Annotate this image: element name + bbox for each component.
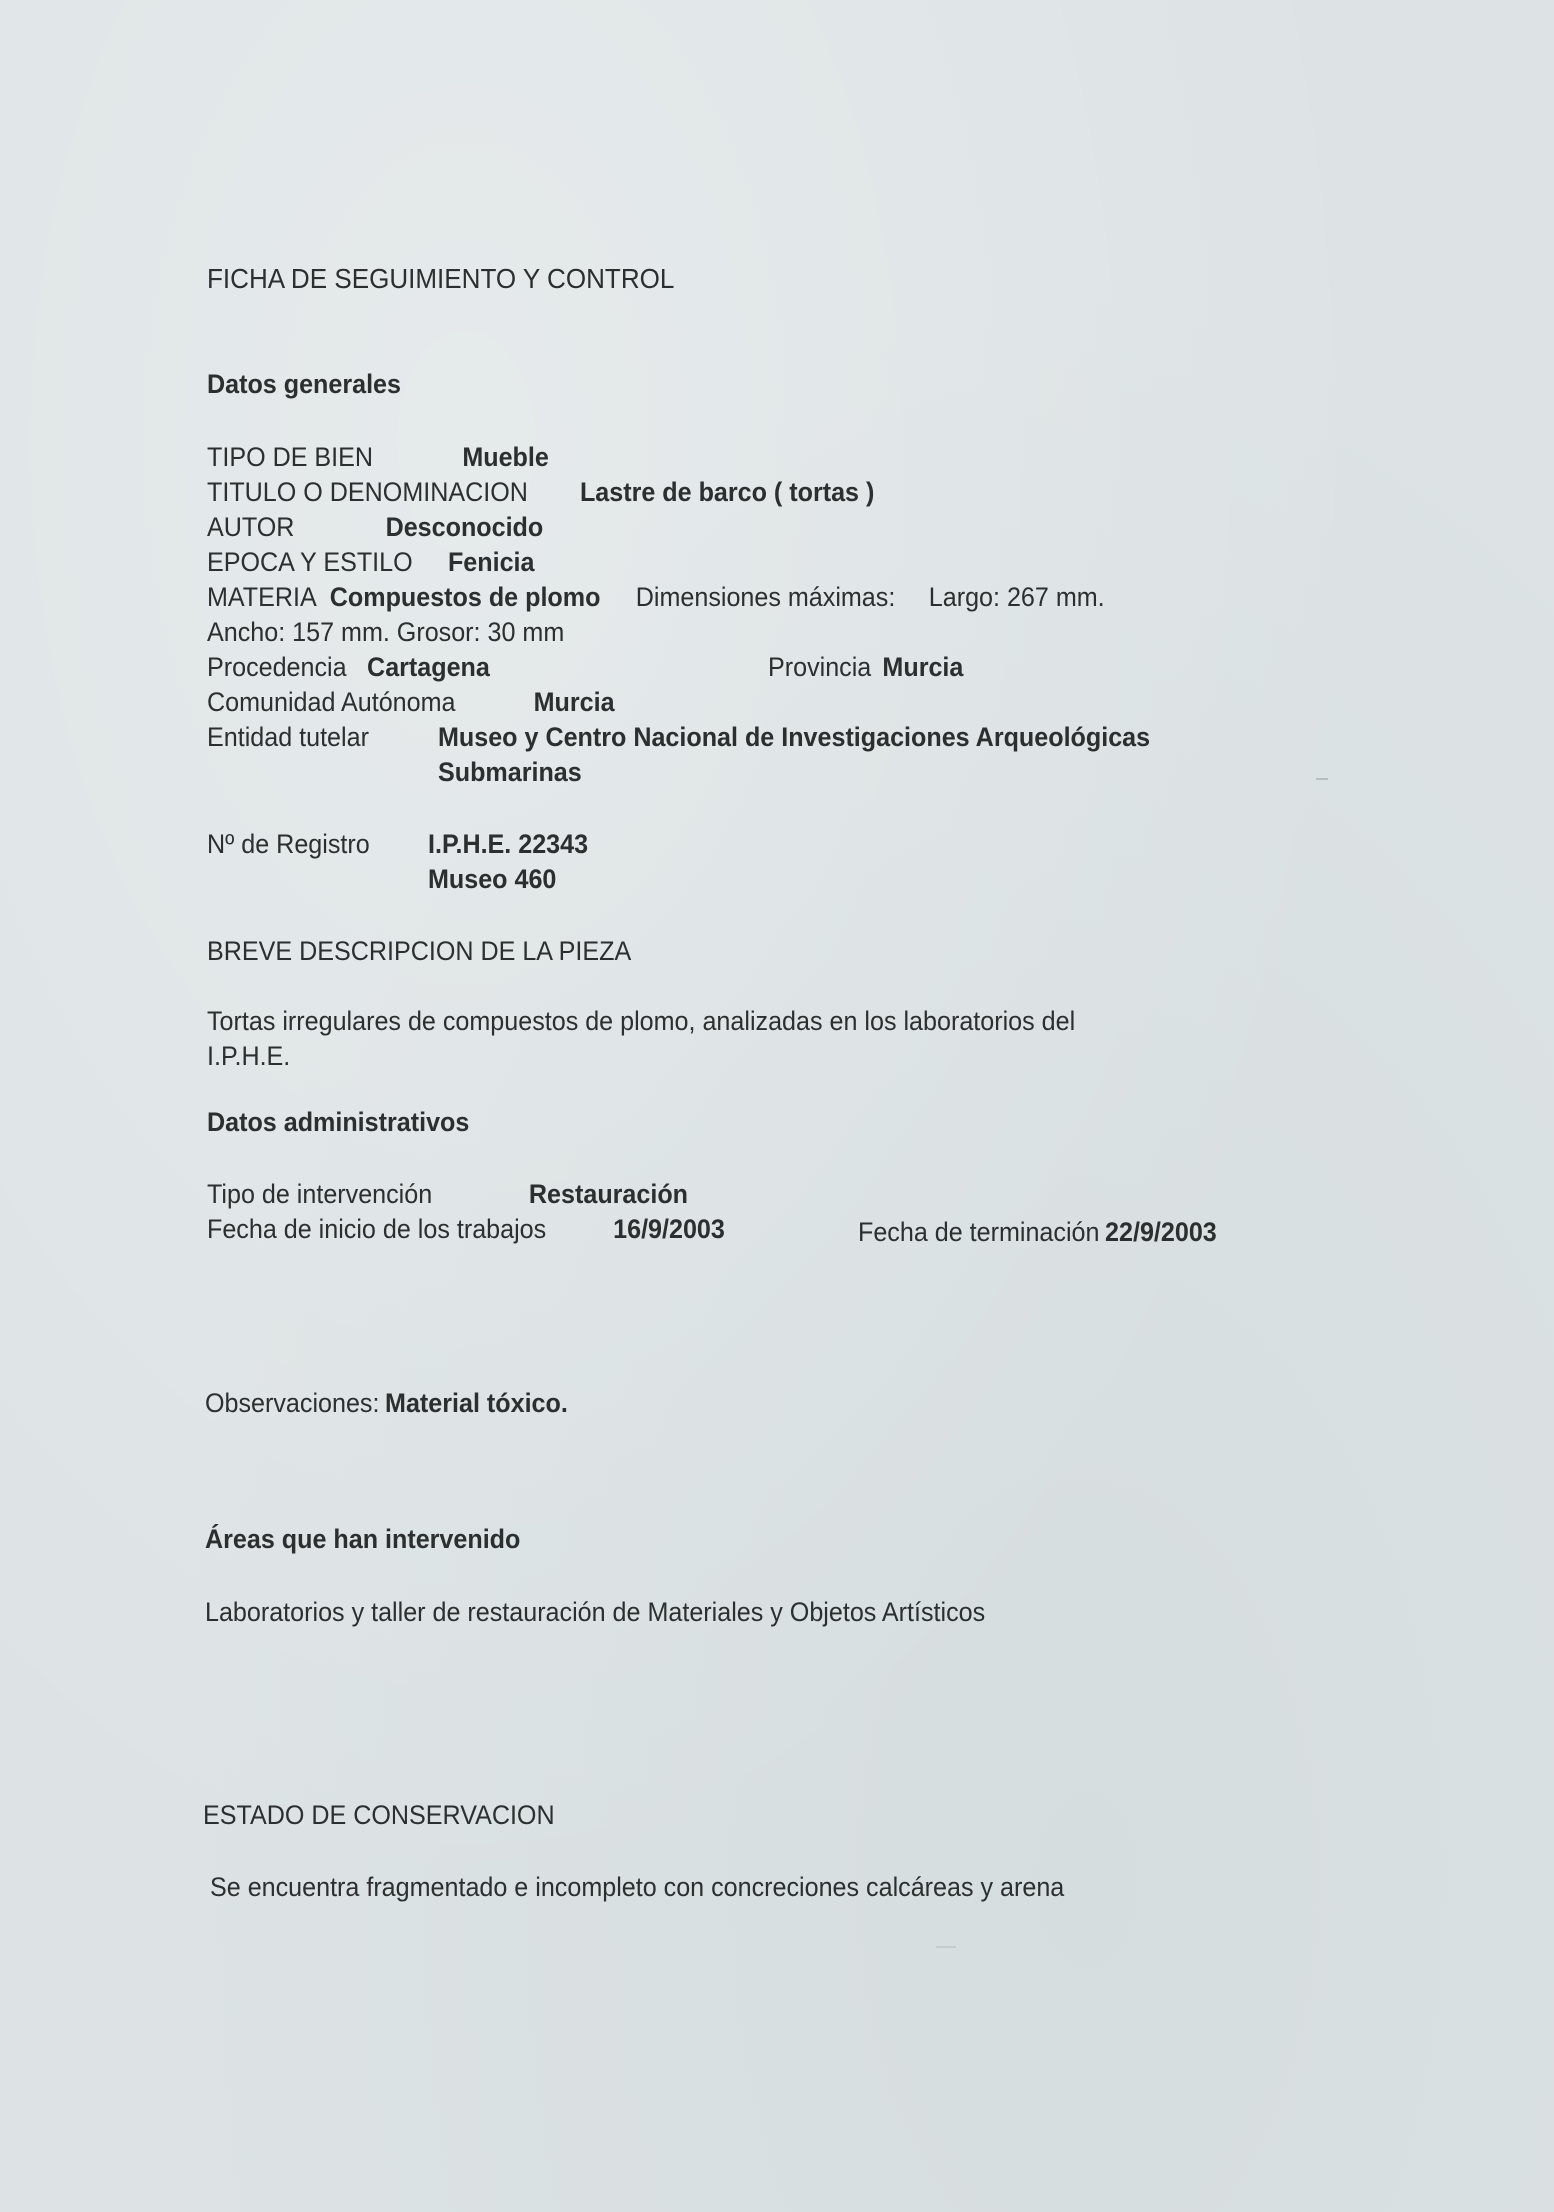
areas-text: Laboratorios y taller de restauración de…: [205, 1595, 985, 1629]
field-label: Procedencia: [207, 652, 347, 682]
field-registro-label: Nº de Registro: [207, 827, 370, 861]
dimensiones-label: Dimensiones máximas:: [636, 582, 896, 612]
field-value: 16/9/2003: [613, 1214, 725, 1244]
field-tipo-de-bien: TIPO DE BIENMueble: [207, 440, 549, 474]
field-label: MATERIA: [207, 582, 317, 612]
paper-speck: [936, 1946, 956, 1948]
field-value: 22/9/2003: [1105, 1217, 1217, 1247]
observaciones: Observaciones:Material tóxico.: [205, 1386, 568, 1420]
field-value: Cartagena: [367, 652, 490, 682]
field-value: Compuestos de plomo: [330, 582, 601, 612]
field-label: Comunidad Autónoma: [207, 687, 455, 717]
field-value: Desconocido: [386, 512, 544, 542]
field-registro-value-line2: Museo 460: [428, 862, 556, 896]
field-epoca: EPOCA Y ESTILOFenicia: [207, 545, 535, 579]
field-value: Restauración: [529, 1179, 688, 1209]
field-value: Mueble: [462, 442, 549, 472]
descripcion-line1: Tortas irregulares de compuestos de plom…: [207, 1004, 1075, 1038]
observaciones-label: Observaciones:: [205, 1388, 379, 1418]
field-fecha-inicio: Fecha de inicio de los trabajos16/9/2003: [207, 1212, 725, 1246]
field-label: Provincia: [768, 652, 871, 682]
field-registro-value-line1: I.P.H.E. 22343: [428, 827, 588, 861]
field-value: Murcia: [534, 687, 615, 717]
field-label: Fecha de inicio de los trabajos: [207, 1214, 546, 1244]
document-title: FICHA DE SEGUIMIENTO Y CONTROL: [207, 262, 674, 296]
estado-text: Se encuentra fragmentado e incompleto co…: [210, 1870, 1064, 1904]
section-heading-datos-administrativos: Datos administrativos: [207, 1105, 469, 1139]
dimensiones-largo: Largo: 267 mm.: [929, 582, 1105, 612]
field-value: Murcia: [882, 652, 963, 682]
field-entidad-value-line2: Submarinas: [438, 755, 582, 789]
dimensiones-ancho-grosor: Ancho: 157 mm. Grosor: 30 mm: [207, 615, 564, 649]
field-label: EPOCA Y ESTILO: [207, 547, 413, 577]
field-titulo: TITULO O DENOMINACIONLastre de barco ( t…: [207, 475, 874, 509]
field-label: TITULO O DENOMINACION: [207, 477, 528, 507]
field-label: AUTOR: [207, 512, 294, 542]
paper-speck: [1316, 778, 1328, 780]
descripcion-heading: BREVE DESCRIPCION DE LA PIEZA: [207, 934, 631, 968]
section-heading-datos-generales: Datos generales: [207, 367, 401, 401]
field-procedencia: ProcedenciaCartagena: [207, 650, 490, 684]
field-materia: MATERIACompuestos de plomoDimensiones má…: [207, 580, 1105, 614]
field-entidad-label: Entidad tutelar: [207, 720, 369, 754]
field-label: TIPO DE BIEN: [207, 442, 373, 472]
field-value: Fenicia: [448, 547, 535, 577]
field-autor: AUTORDesconocido: [207, 510, 543, 544]
field-fecha-terminacion: Fecha de terminación22/9/2003: [858, 1215, 1217, 1249]
field-comunidad: Comunidad AutónomaMurcia: [207, 685, 615, 719]
field-provincia: ProvinciaMurcia: [768, 650, 963, 684]
section-heading-areas: Áreas que han intervenido: [205, 1522, 520, 1556]
descripcion-line2: I.P.H.E.: [207, 1039, 290, 1073]
field-tipo-intervencion: Tipo de intervenciónRestauración: [207, 1177, 688, 1211]
field-label: Tipo de intervención: [207, 1179, 432, 1209]
field-label: Fecha de terminación: [858, 1217, 1099, 1247]
field-value: Lastre de barco ( tortas ): [580, 477, 874, 507]
observaciones-value: Material tóxico.: [385, 1388, 568, 1418]
field-entidad-value-line1: Museo y Centro Nacional de Investigacion…: [438, 720, 1150, 754]
section-heading-estado: ESTADO DE CONSERVACION: [203, 1798, 555, 1832]
